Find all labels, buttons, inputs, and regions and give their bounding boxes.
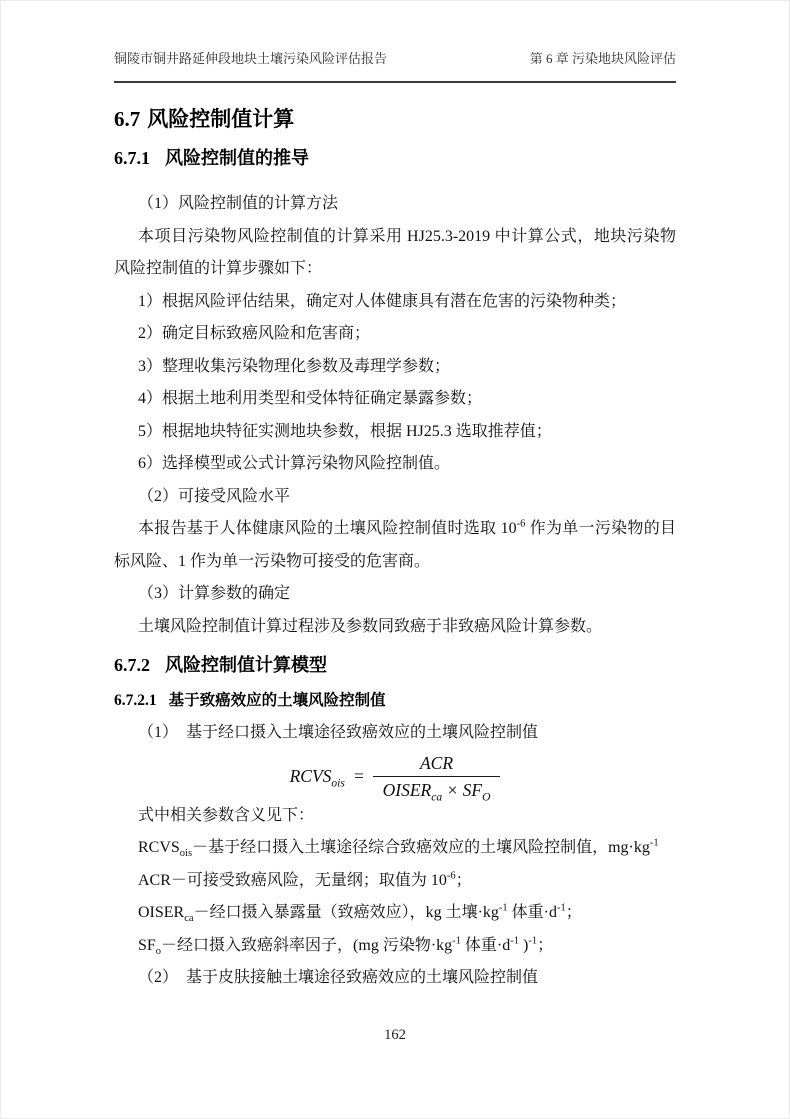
document-page: 铜陵市铜井路延伸段地块土壤污染风险评估报告 第 6 章 污染地块风险评估 6.7… (0, 0, 790, 1119)
formula-numerator: ACR (416, 754, 457, 776)
definition-oiser: OISERca－经口摄入暴露量（致癌效应），kg 土壤·kg-1 体重·d-1； (114, 897, 676, 930)
page-number: 162 (1, 1027, 789, 1044)
definition-rcvs: RCVSois－基于经口摄入土壤途径综合致癌效应的土壤风险控制值，mg·kg-1 (114, 832, 676, 865)
section-number: 6.7.2 (114, 655, 150, 675)
header-report-title: 铜陵市铜井路延伸段地块土壤污染风险评估报告 (114, 51, 387, 67)
section-number: 6.7.1 (114, 148, 150, 168)
step-item-4: 4）根据土地利用类型和受体特征确定暴露参数； (114, 383, 676, 416)
section-title: 风险控制值计算模型 (165, 655, 327, 675)
paragraph-method-label: （1）风险控制值的计算方法 (114, 188, 676, 221)
paragraph-formula-note: 式中相关参数含义见下： (114, 800, 676, 833)
formula-fraction: ACR OISERca × SFO (373, 754, 501, 800)
section-title: 风险控制值的推导 (165, 148, 309, 168)
paragraph-dermal-label: （2） 基于皮肤接触土壤途径致癌效应的土壤风险控制值 (114, 962, 676, 995)
step-item-5: 5）根据地块特征实测地块参数，根据 HJ25.3 选取推荐值； (114, 416, 676, 449)
formula-denominator: OISERca × SFO (373, 776, 501, 800)
formula-lhs-base: RCVS (290, 766, 332, 786)
paragraph-param-text: 土壤风险控制值计算过程涉及参数同致癌于非致癌风险计算参数。 (114, 611, 676, 644)
section-number: 6.7 (114, 107, 140, 131)
paragraph-param-label: （3）计算参数的确定 (114, 578, 676, 611)
definition-acr: ACR－可接受致癌风险，无量纲；取值为 10-6； (114, 865, 676, 898)
section-heading-6-7-2-1: 6.7.2.1基于致癌效应的土壤风险控制值 (114, 690, 676, 711)
paragraph-oral-label: （1） 基于经口摄入土壤途径致癌效应的土壤风险控制值 (114, 717, 676, 750)
definition-sf: SFo－经口摄入致癌斜率因子，(mg 污染物·kg-1 体重·d-1 )-1； (114, 930, 676, 963)
header-chapter-title: 第 6 章 污染地块风险评估 (530, 51, 676, 67)
section-heading-6-7-1: 6.7.1风险控制值的推导 (114, 146, 676, 171)
step-item-6: 6）选择模型或公式计算污染物风险控制值。 (114, 448, 676, 481)
step-item-3: 3）整理收集污染物理化参数及毒理学参数； (114, 351, 676, 384)
section-title: 基于致癌效应的土壤风险控制值 (169, 692, 386, 709)
section-number: 6.7.2.1 (114, 692, 157, 709)
section-heading-6-7-2: 6.7.2风险控制值计算模型 (114, 653, 676, 678)
step-item-2: 2）确定目标致癌风险和危害商； (114, 318, 676, 351)
section-heading-6-7: 6.7风险控制值计算 (114, 105, 676, 133)
formula-equals: = (353, 766, 365, 787)
formula-lhs-subscript: ois (331, 778, 344, 790)
formula-lhs: RCVSois (290, 766, 345, 787)
formula-rcvs-ois: RCVSois = ACR OISERca × SFO (114, 754, 676, 800)
paragraph-intro: 本项目污染物风险控制值的计算采用 HJ25.3-2019 中计算公式，地块污染物… (114, 221, 676, 286)
paragraph-risk-text: 本报告基于人体健康风险的土壤风险控制值时选取 10-6 作为单一污染物的目标风险… (114, 513, 676, 578)
section-title: 风险控制值计算 (147, 107, 294, 131)
running-header: 铜陵市铜井路延伸段地块土壤污染风险评估报告 第 6 章 污染地块风险评估 (114, 51, 676, 83)
paragraph-risk-label: （2）可接受风险水平 (114, 481, 676, 514)
step-item-1: 1）根据风险评估结果，确定对人体健康具有潜在危害的污染物种类； (114, 286, 676, 319)
